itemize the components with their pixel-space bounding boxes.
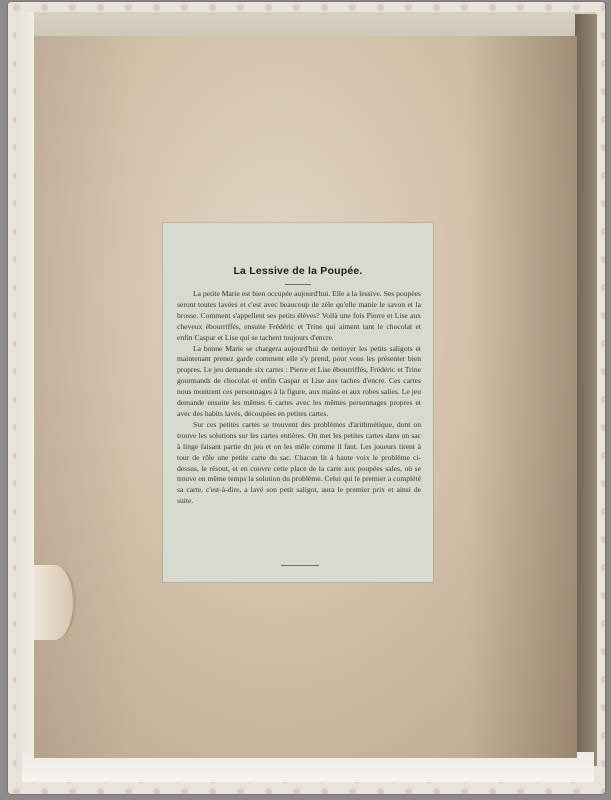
card-paragraph: La bonne Marie se chargera aujourd'hui d… bbox=[177, 344, 421, 420]
card-paragraph: La petite Marie est bien occupée aujourd… bbox=[177, 289, 421, 344]
card-title: La Lessive de la Poupée. bbox=[163, 265, 433, 277]
frame-inner-wall-left bbox=[16, 12, 34, 772]
card-body: La petite Marie est bien occupée aujourd… bbox=[177, 289, 421, 507]
frame-inner-wall-top bbox=[26, 12, 596, 38]
backing-tear bbox=[33, 565, 76, 640]
instruction-card: La Lessive de la Poupée. La petite Marie… bbox=[163, 223, 433, 582]
card-paragraph: Sur ces petites cartes se trouvent des p… bbox=[177, 420, 421, 507]
frame-inner-wall-right bbox=[575, 14, 597, 766]
end-divider bbox=[281, 565, 319, 566]
title-divider bbox=[285, 284, 311, 285]
